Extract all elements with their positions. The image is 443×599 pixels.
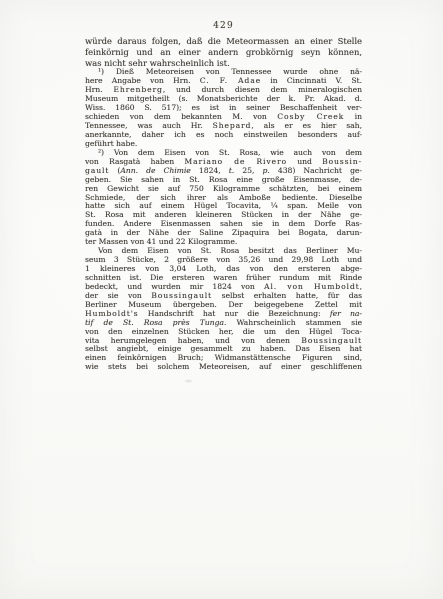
text-line: ter Massen von 41 und 22 Kilogramme. [85, 238, 362, 247]
text-line: einen feinkörnigen Bruch; Widmanstättens… [85, 354, 362, 363]
text-line: von den einzelnen Stücken her, die um de… [85, 328, 362, 337]
text-line: Tennessee, was auch Hr. Shepard, als er … [85, 122, 362, 131]
text-line: bedeckt, und wurden mir 1824 von Al. von… [85, 283, 362, 292]
text-line: Von dem Eisen von St. Rosa besitzt das B… [85, 247, 362, 256]
text-line: vita herumgelegen haben, und von denen B… [85, 337, 362, 346]
text-line: tif de St. Rosa près Tunga. Wahrscheinli… [85, 319, 362, 328]
text-line: St. Rosa mit anderen kleineren Stücken i… [85, 211, 362, 220]
footnote-2-continuation: Von dem Eisen von St. Rosa besitzt das B… [85, 247, 362, 372]
text-line: ¹) Dieß Meteoreisen von Tennessee wurde … [85, 68, 362, 77]
text-line: feinkörnig und an einer andern grobkörni… [85, 47, 362, 58]
text-line: geführt habe. [85, 140, 362, 149]
text-line: schieden von dem bekannten M. von Cosby … [85, 113, 362, 122]
footnote-2: ²) Von dem Eisen von St. Rosa, wie auch … [85, 149, 362, 247]
text-line: schnitten ist. Die ersteren waren früher… [85, 274, 362, 283]
text-line: Humboldt's Handschrift hat nur die Bezei… [85, 310, 362, 319]
text-line: Museum mitgetheilt (s. Monatsberichte de… [85, 95, 362, 104]
text-line: wie stets bei solchem Meteoreisen, auf e… [85, 363, 362, 372]
main-paragraph: würde daraus folgen, daß die Meteormasse… [85, 36, 362, 68]
text-line: ren Gewicht sie auf 750 Kilogramme schät… [85, 185, 362, 194]
text-line: gatà in der Nähe der Saline Zipaquira be… [85, 229, 362, 238]
scanned-book-page: 429 würde daraus folgen, daß die Meteorm… [0, 0, 443, 599]
text-line: seum 3 Stücke, 2 größere von 35,26 und 2… [85, 256, 362, 265]
text-line: gault (Ann. de Chimie 1824, t. 25, p. 43… [85, 167, 362, 176]
footnote-1: ¹) Dieß Meteoreisen von Tennessee wurde … [85, 68, 362, 148]
text-line: here Angabe von Hrn. C. F. Adae in Cinci… [85, 77, 362, 86]
text-line: ²) Von dem Eisen von St. Rosa, wie auch … [85, 149, 362, 158]
scan-artifact [185, 380, 192, 382]
text-line: der sie von Boussingault selbst erhalten… [85, 292, 362, 301]
text-line: würde daraus folgen, daß die Meteormasse… [85, 36, 362, 47]
text-line: von Rasgatà haben Mariano de Rivero und … [85, 158, 362, 167]
text-line: was nicht sehr wahrscheinlich ist. [85, 58, 362, 69]
text-line: selbst angiebt, einige gesammelt zu habe… [85, 345, 362, 354]
text-block: würde daraus folgen, daß die Meteormasse… [85, 36, 362, 372]
text-line: anerkannte, daher ich es noch einstweile… [85, 131, 362, 140]
text-line: funden. Andere Eisenmassen sahen sie in … [85, 220, 362, 229]
text-line: Schmiede, der sich ihrer als Amboße bedi… [85, 194, 362, 203]
text-line: geben. Sie sahen in St. Rosa eine große … [85, 176, 362, 185]
text-line: Berliner Museum übergeben. Der beigegebe… [85, 301, 362, 310]
text-line: hatte sich auf einem Hügel Tocavita, ¼ s… [85, 202, 362, 211]
text-line: Wiss. 1860 S. 517); es ist in seiner Bes… [85, 104, 362, 113]
text-line: Hrn. Ehrenberg, und durch diesen dem min… [85, 86, 362, 95]
text-line: 1 kleineres von 3,04 Loth, das von den e… [85, 265, 362, 274]
page-number: 429 [85, 21, 362, 31]
